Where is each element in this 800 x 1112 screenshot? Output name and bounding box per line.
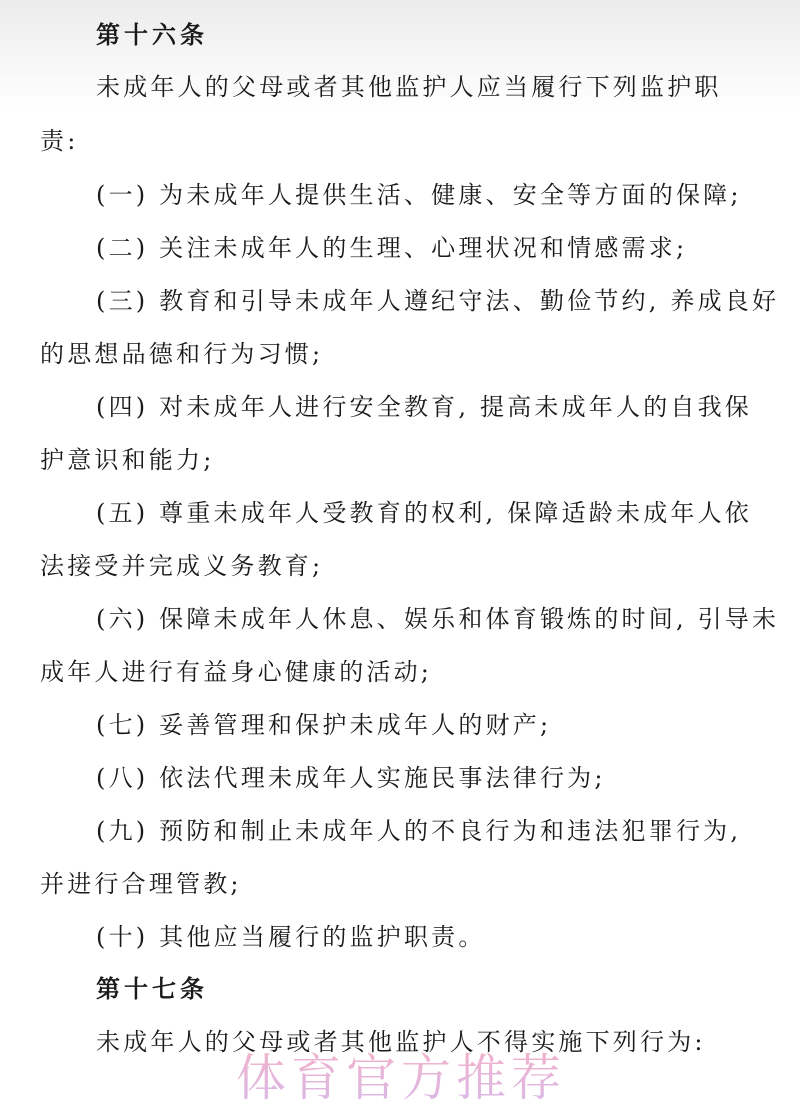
article-16-item-6-continued: 成年人进行有益身心健康的活动; xyxy=(40,657,432,687)
article-16-item-8: (八) 依法代理未成年人实施民事法律行为; xyxy=(96,763,606,793)
article-16-item-2: (二) 关注未成年人的生理、心理状况和情感需求; xyxy=(96,233,687,263)
article-16-item-1: (一) 为未成年人提供生活、健康、安全等方面的保障; xyxy=(96,180,742,210)
article-16-title: 第十六条 xyxy=(96,20,208,50)
article-16-item-3-continued: 的思想品德和行为习惯; xyxy=(40,339,323,369)
article-16-intro-continued: 责: xyxy=(40,126,79,156)
article-16-item-9: (九) 预防和制止未成年人的不良行为和违法犯罪行为, xyxy=(96,816,741,846)
document-page: 第十六条 未成年人的父母或者其他监护人应当履行下列监护职 责: (一) 为未成年… xyxy=(0,0,800,1112)
article-16-item-10: (十) 其他应当履行的监护职责。 xyxy=(96,922,486,952)
article-16-item-4: (四) 对未成年人进行安全教育, 提高未成年人的自我保 xyxy=(96,392,752,422)
article-16-item-4-continued: 护意识和能力; xyxy=(40,445,215,475)
watermark: 体育官方推荐 xyxy=(236,1048,566,1108)
article-16-item-9-continued: 并进行合理管教; xyxy=(40,869,242,899)
article-16-item-5-continued: 法接受并完成义务教育; xyxy=(40,551,323,581)
article-16-item-6: (六) 保障未成年人休息、娱乐和体育锻炼的时间, 引导未 xyxy=(96,604,779,634)
article-16-item-3: (三) 教育和引导未成年人遵纪守法、勤俭节约, 养成良好 xyxy=(96,286,779,316)
article-16-item-5: (五) 尊重未成年人受教育的权利, 保障适龄未成年人依 xyxy=(96,498,752,528)
article-16-item-7: (七) 妥善管理和保护未成年人的财产; xyxy=(96,710,551,740)
article-16-intro: 未成年人的父母或者其他监护人应当履行下列监护职 xyxy=(96,72,722,102)
article-17-title: 第十七条 xyxy=(96,974,208,1004)
